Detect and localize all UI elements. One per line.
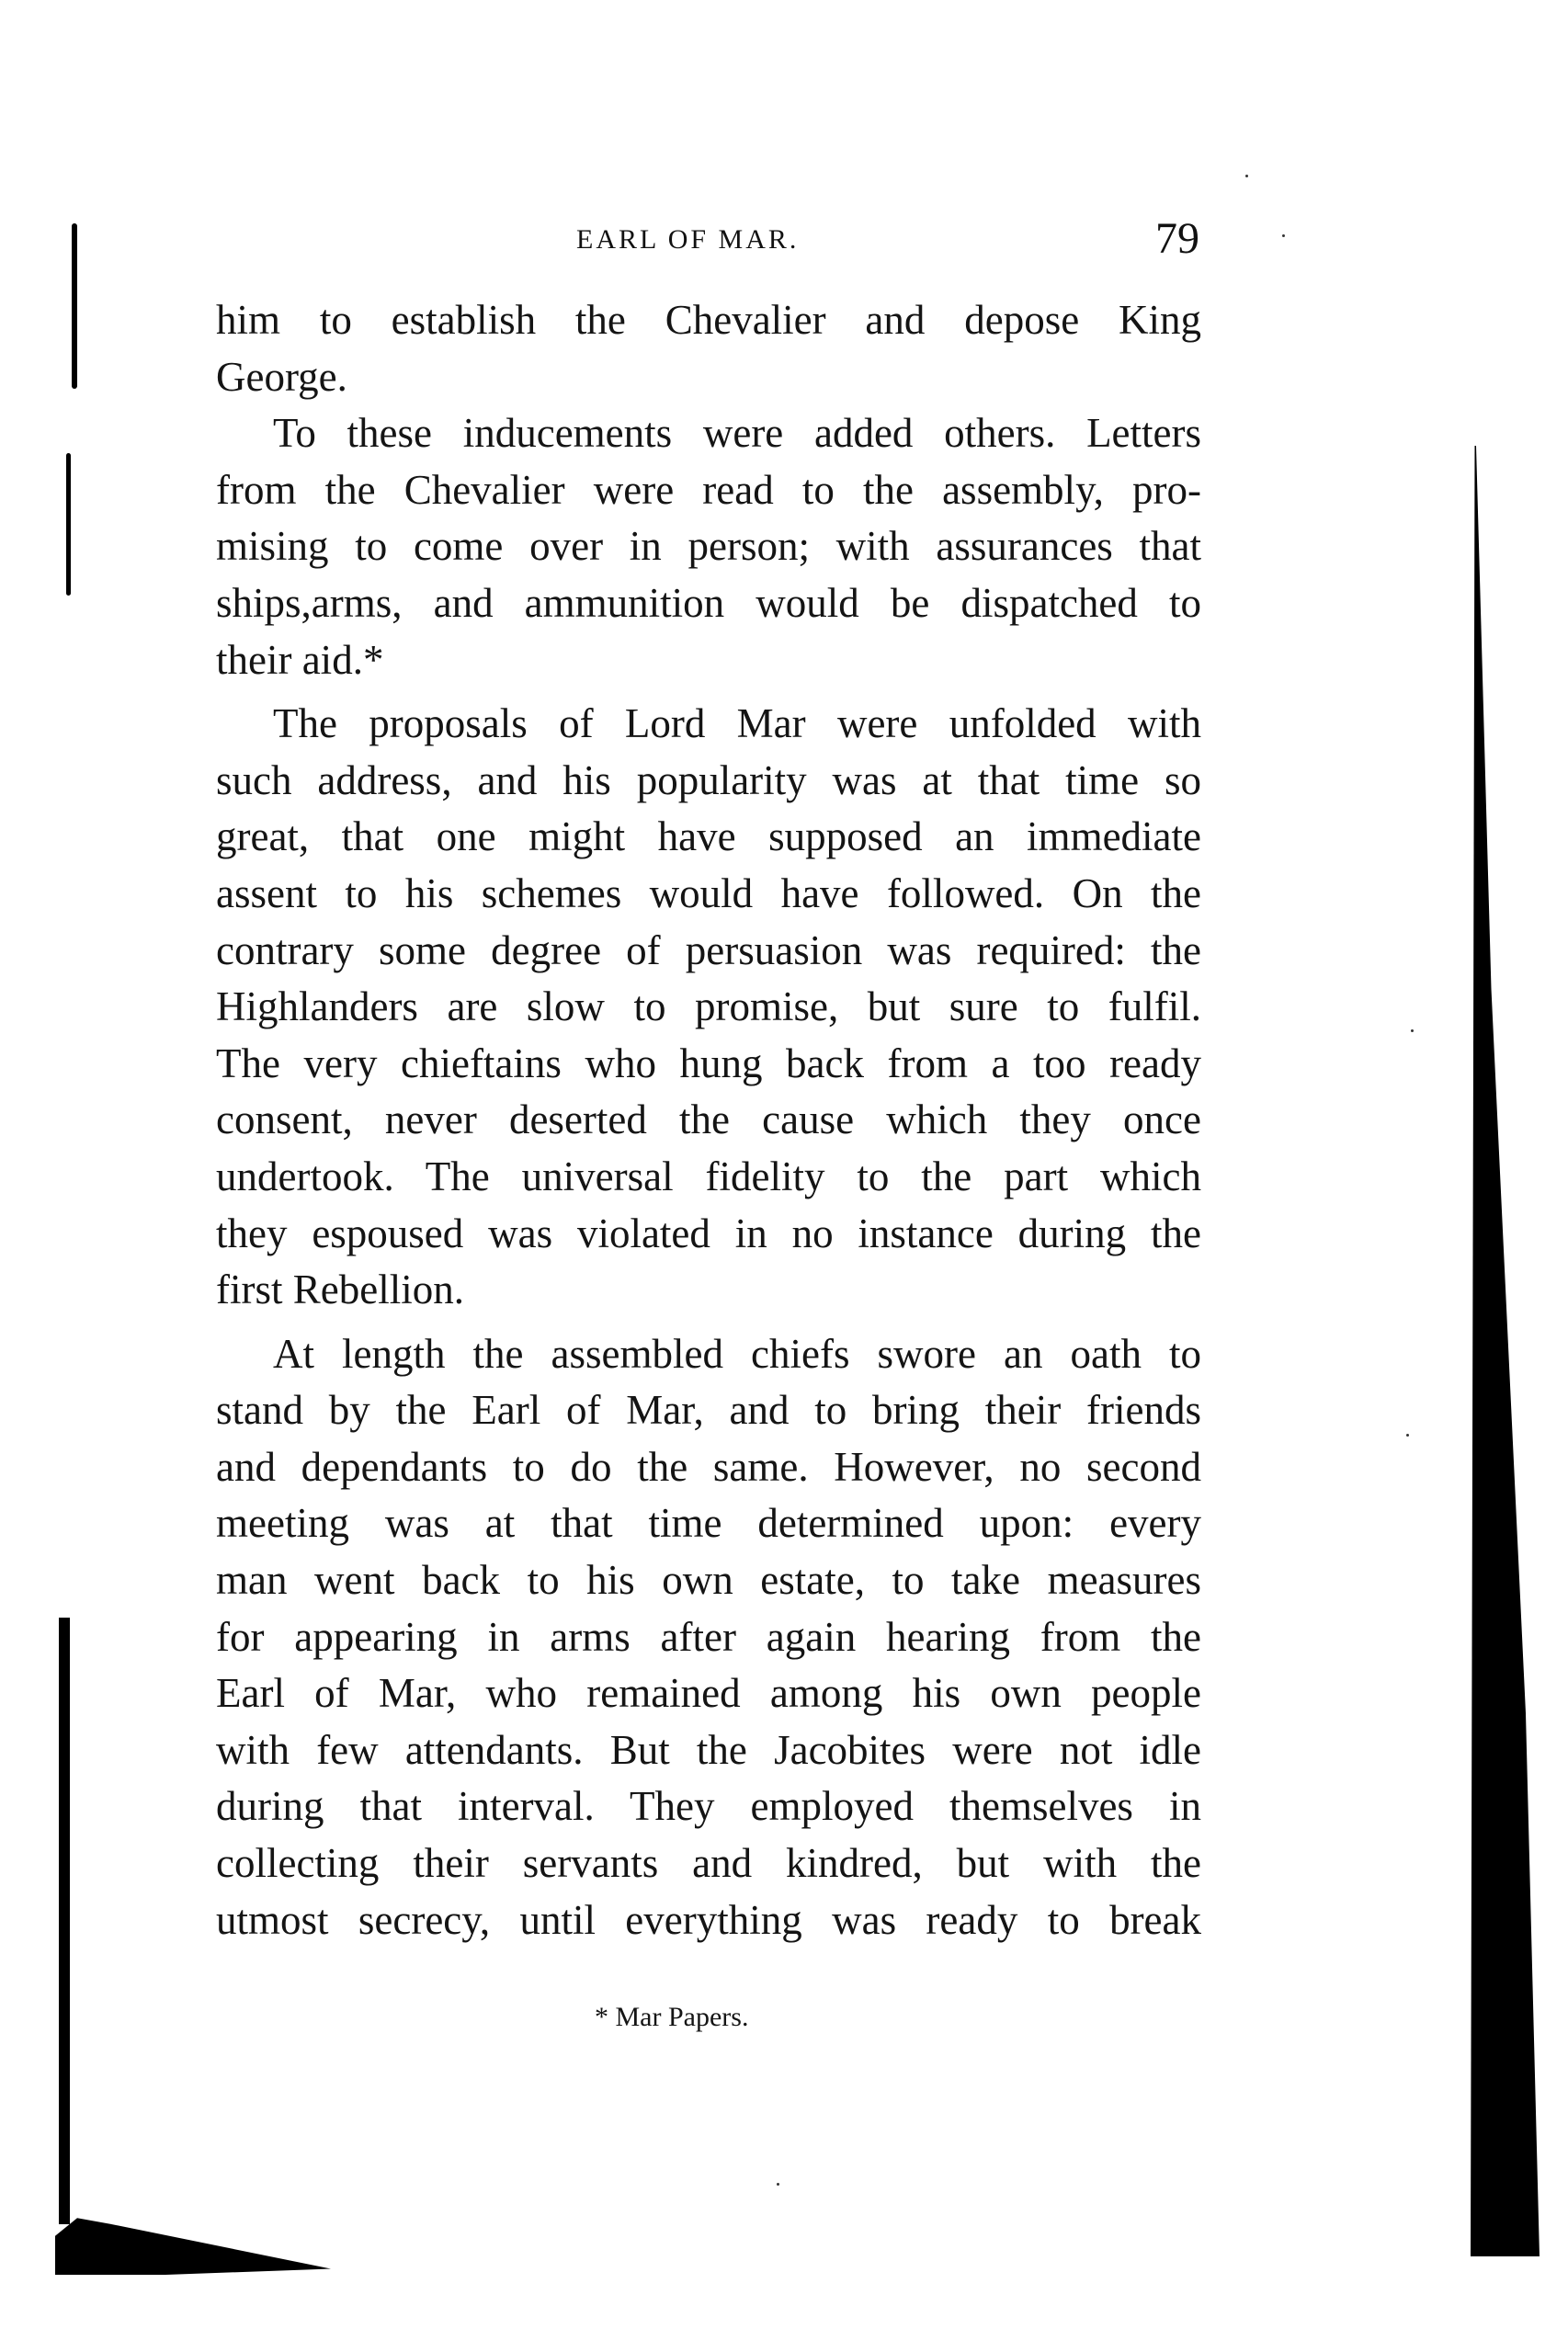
paragraph: At length the assembled chiefs swore an … — [216, 1326, 1201, 1949]
text-line: Earl of Mar, who remained among his own … — [216, 1665, 1201, 1722]
text-line: collecting their servants and kindred, b… — [216, 1835, 1201, 1892]
text-line: The proposals of Lord Mar were unfolded … — [216, 696, 1201, 753]
text-line: they espoused was violated in no instanc… — [216, 1206, 1201, 1263]
scan-edge-artifact — [59, 1618, 70, 2224]
text-line: contrary some degree of persuasion was r… — [216, 923, 1201, 980]
text-line: consent, never deserted the cause which … — [216, 1092, 1201, 1149]
text-line: George. — [216, 349, 1201, 406]
text-line: At length the assembled chiefs swore an … — [216, 1326, 1201, 1383]
text-line: meeting was at that time determined upon… — [216, 1495, 1201, 1552]
text-line: man went back to his own estate, to take… — [216, 1552, 1201, 1609]
page-number: 79 — [1155, 213, 1199, 264]
text-line: great, that one might have supposed an i… — [216, 809, 1201, 866]
text-line: To these inducements were added others. … — [216, 405, 1201, 462]
text-line: with few attendants. But the Jacobites w… — [216, 1722, 1201, 1779]
scan-speck — [1282, 234, 1285, 237]
running-header: EARL OF MAR. 79 — [216, 213, 1199, 268]
text-line: such address, and his popularity was at … — [216, 753, 1201, 810]
body-text: him to establish the Chevalier and depos… — [216, 292, 1201, 1948]
text-line: Highlanders are slow to promise, but sur… — [216, 979, 1201, 1036]
text-line: undertook. The universal fidelity to the… — [216, 1149, 1201, 1206]
text-line: first Rebellion. — [216, 1262, 1201, 1319]
text-line: utmost secrecy, until everything was rea… — [216, 1892, 1201, 1949]
book-page: EARL OF MAR. 79 him to establish the Che… — [0, 0, 1568, 2329]
running-title: EARL OF MAR. — [576, 224, 799, 256]
text-line: from the Chevalier were read to the asse… — [216, 462, 1201, 519]
text-line: and dependants to do the same. However, … — [216, 1439, 1201, 1496]
text-line: for appearing in arms after again hearin… — [216, 1609, 1201, 1666]
scan-speck — [1245, 175, 1248, 177]
text-line: assent to his schemes would have followe… — [216, 866, 1201, 923]
text-line: The very chieftains who hung back from a… — [216, 1036, 1201, 1093]
paragraph: The proposals of Lord Mar were unfolded … — [216, 696, 1201, 1319]
footnote: * Mar Papers. — [595, 2002, 748, 2033]
text-line: stand by the Earl of Mar, and to bring t… — [216, 1382, 1201, 1439]
text-line: ships,arms, and ammunition would be disp… — [216, 575, 1201, 632]
scan-corner-shadow — [55, 2215, 331, 2275]
text-line: during that interval. They employed them… — [216, 1778, 1201, 1835]
scan-speck — [1406, 1434, 1409, 1437]
scan-speck — [1411, 1029, 1414, 1032]
paragraph: him to establish the Chevalier and depos… — [216, 292, 1201, 405]
text-line: mising to come over in person; with assu… — [216, 518, 1201, 575]
scan-gutter-shadow — [1471, 446, 1540, 2256]
scan-speck — [777, 2183, 779, 2186]
text-line: their aid.* — [216, 632, 1201, 689]
text-line: him to establish the Chevalier and depos… — [216, 292, 1201, 349]
paragraph: To these inducements were added others. … — [216, 405, 1201, 688]
scan-edge-artifact — [72, 223, 77, 389]
scan-edge-artifact — [66, 453, 71, 596]
